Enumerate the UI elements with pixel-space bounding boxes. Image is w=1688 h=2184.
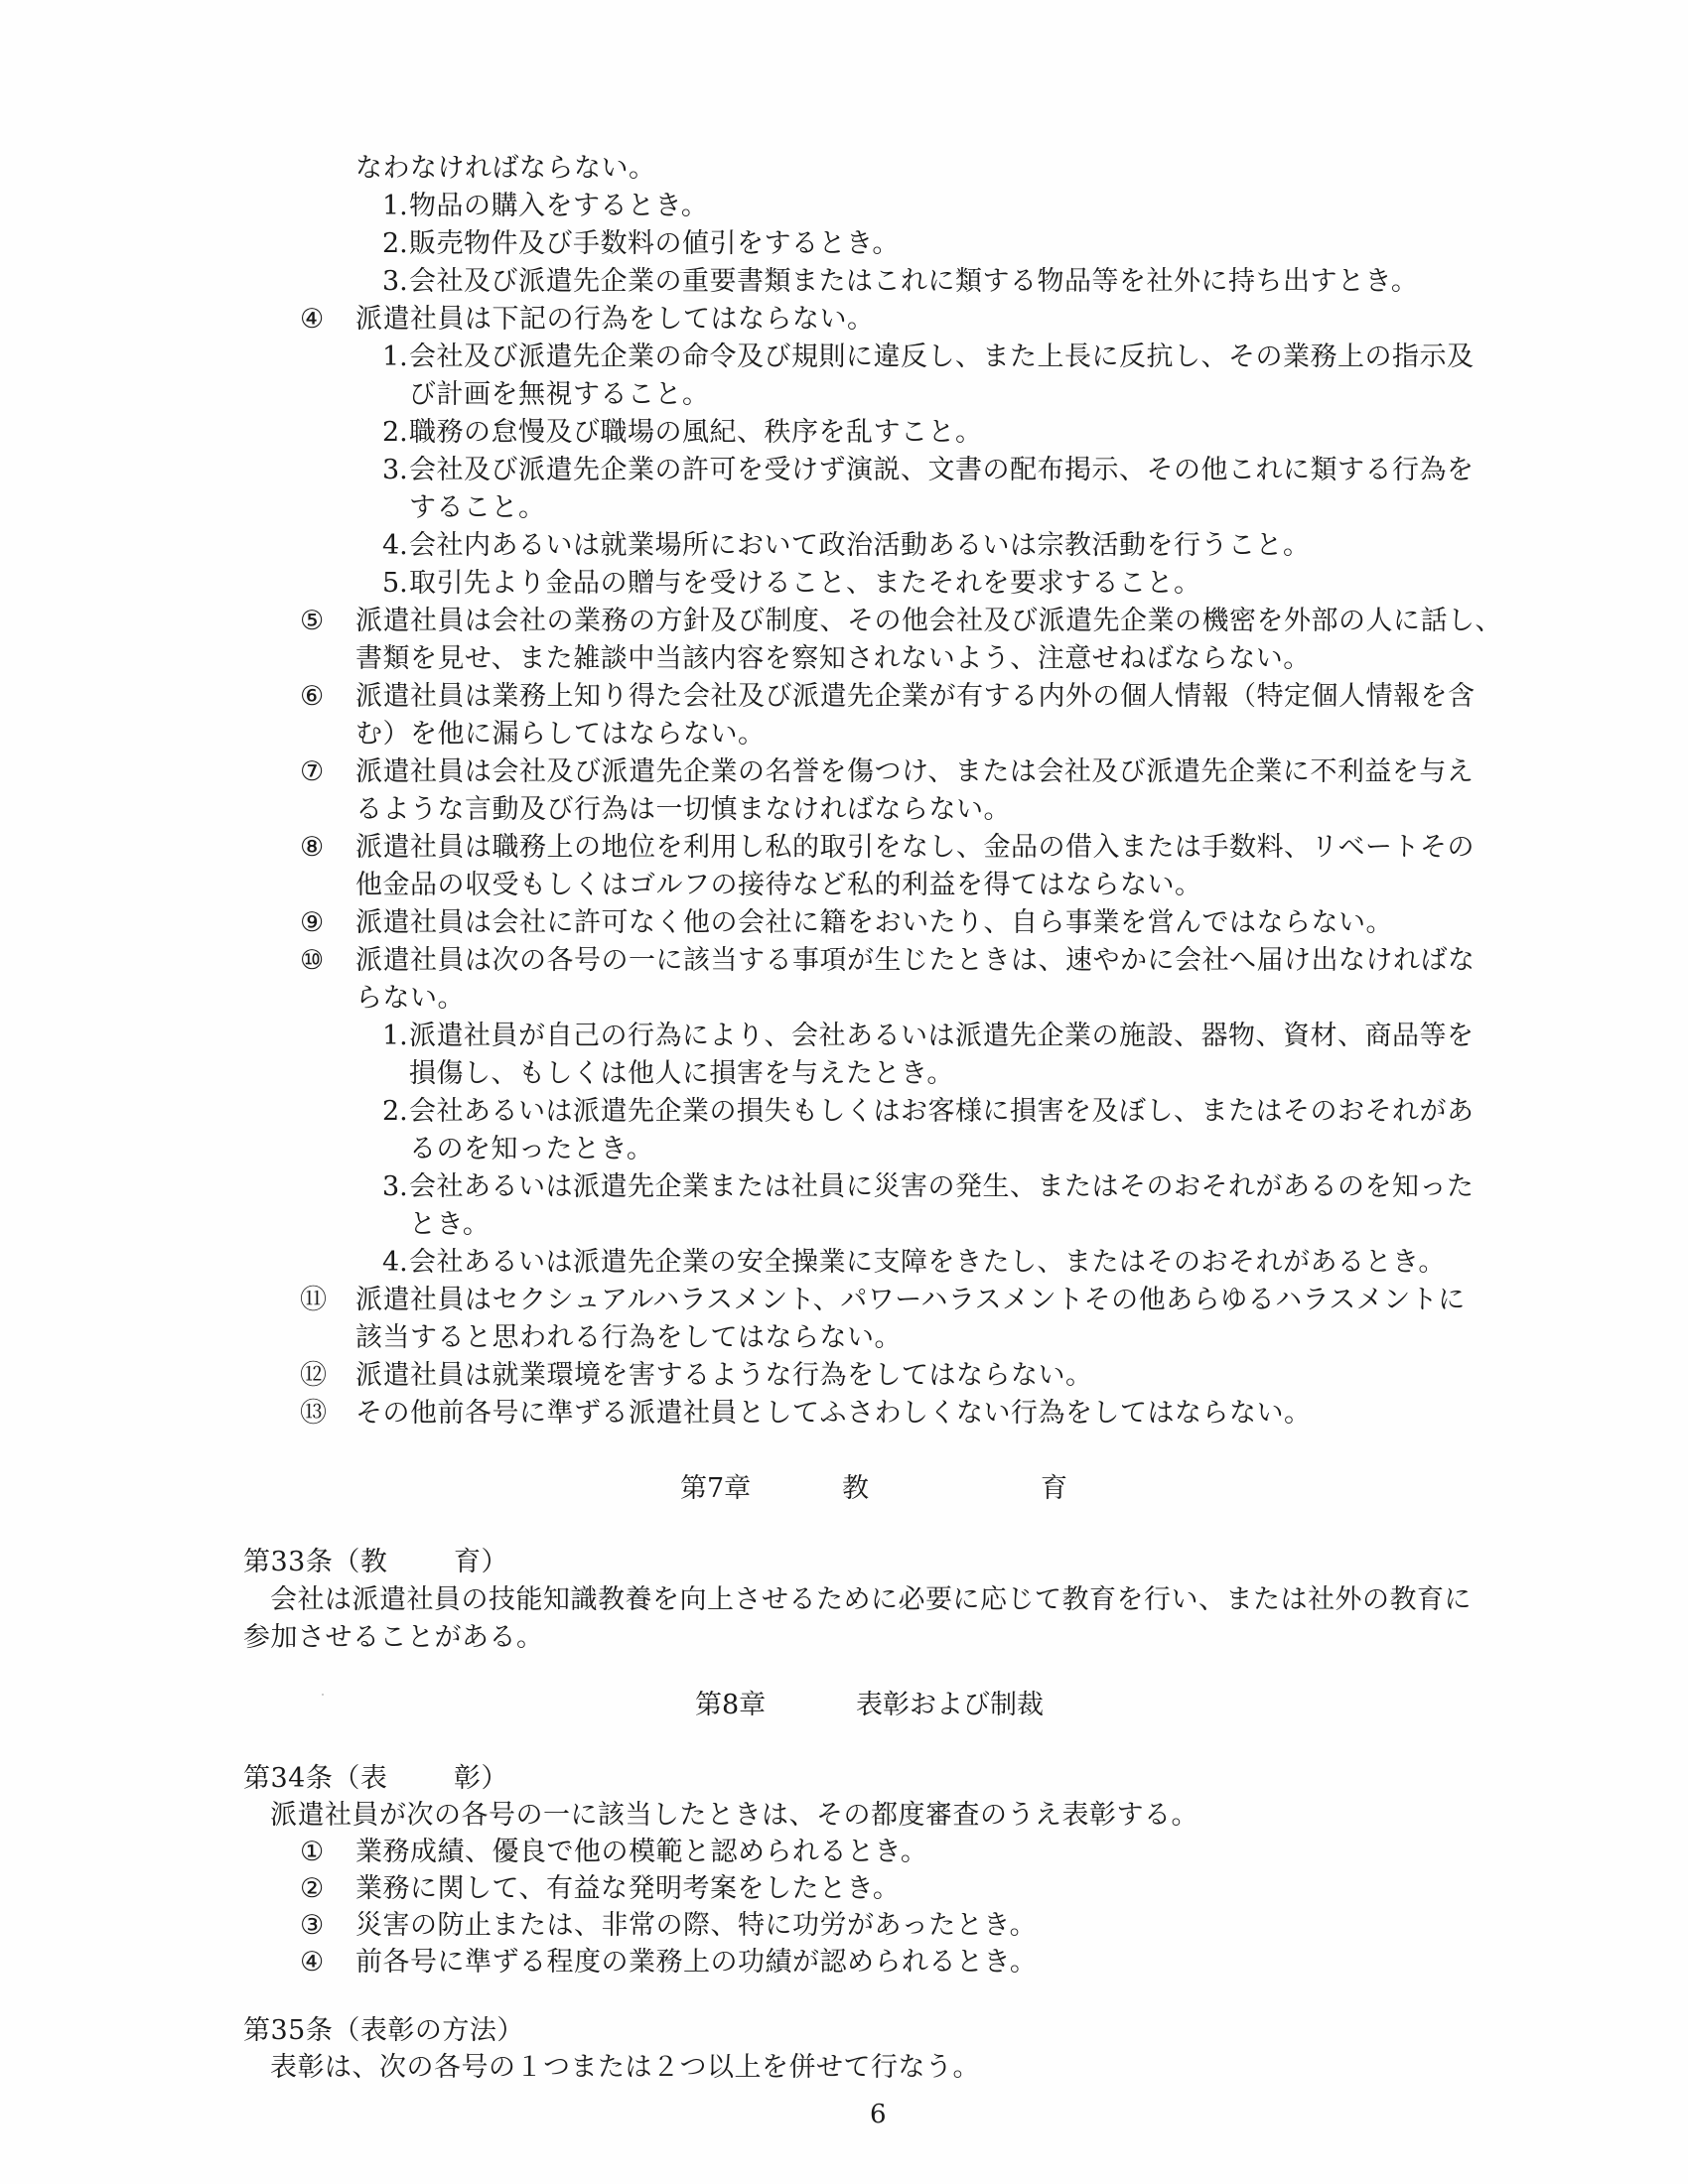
article-34-intro: 派遣社員が次の各号の一に該当したときは、その都度審査のうえ表彰する。 <box>270 1798 1198 1834</box>
item-marker-9: ⑨ <box>300 905 324 941</box>
article-34-heading-suffix: 彰） <box>454 1761 508 1797</box>
item-marker-13: ⑬ <box>300 1396 327 1432</box>
sub-item-number: 3. <box>382 264 408 300</box>
item-text: るような言動及び行為は一切慎まなければならない。 <box>355 792 1011 828</box>
item-marker-4: ④ <box>300 302 324 338</box>
item-marker-5: ⑤ <box>300 604 324 639</box>
sub-item-number: 2. <box>382 1094 408 1130</box>
article-35-intro: 表彰は、次の各号の１つまたは２つ以上を併せて行なう。 <box>270 2050 980 2086</box>
item-marker-12: ⑫ <box>300 1358 327 1394</box>
item-text: む）を他に漏らしてはならない。 <box>355 717 766 752</box>
sub-item-number: 1. <box>382 189 408 224</box>
chapter-8-title: 表彰および制裁 <box>856 1688 1044 1723</box>
sub-item-number: 1. <box>382 340 408 375</box>
item-text: らない。 <box>355 981 465 1017</box>
item-text: 他金品の収受もしくはゴルフの接待など私的利益を得てはならない。 <box>355 868 1202 903</box>
sub-item-text: び計画を無視すること。 <box>409 377 710 413</box>
article-34-item-marker: ③ <box>300 1908 324 1944</box>
document-page: なわなければならない。 1. 物品の購入をするとき。 2. 販売物件及び手数料の… <box>0 0 1688 2184</box>
sub-item-number: 4. <box>382 1245 408 1281</box>
article-34-item-marker: ④ <box>300 1945 324 1980</box>
chapter-8-number: 第8章 <box>695 1688 766 1723</box>
item-text: 派遣社員は会社の業務の方針及び制度、その他会社及び派遣先企業の機密を外部の人に話… <box>355 604 1502 639</box>
item-marker-8: ⑧ <box>300 830 324 866</box>
sub-item-text: 会社及び派遣先企業の命令及び規則に違反し、また上長に反抗し、その業務上の指示及 <box>409 340 1475 375</box>
item-marker-7: ⑦ <box>300 754 324 790</box>
item-text: 派遣社員は職務上の地位を利用し私的取引をなし、金品の借入または手数料、リベートそ… <box>355 830 1475 866</box>
article-34-item-text: 災害の防止または、非常の際、特に功労があったとき。 <box>355 1908 1037 1944</box>
sub-item-text: 会社内あるいは就業場所において政治活動あるいは宗教活動を行うこと。 <box>409 528 1311 564</box>
sub-item-text: 物品の購入をするとき。 <box>409 189 708 224</box>
sub-item-text: 販売物件及び手数料の値引をするとき。 <box>409 226 900 262</box>
sub-item-text: とき。 <box>409 1207 490 1243</box>
sub-item-number: 2. <box>382 226 408 262</box>
sub-item-text: すること。 <box>409 490 546 526</box>
article-34-item-text: 前各号に準ずる程度の業務上の功績が認められるとき。 <box>355 1945 1037 1980</box>
item-text: 派遣社員は下記の行為をしてはならない。 <box>355 302 875 338</box>
continuation-line: なわなければならない。 <box>355 151 656 187</box>
sub-item-text: るのを知ったとき。 <box>409 1132 653 1167</box>
scan-speck <box>322 1694 324 1696</box>
sub-item-number: 5. <box>382 566 408 602</box>
article-34-item-text: 業務成績、優良で他の模範と認められるとき。 <box>355 1835 927 1870</box>
item-text: 派遣社員は会社に許可なく他の会社に籍をおいたり、自ら事業を営んではならない。 <box>355 905 1393 941</box>
item-text: 派遣社員は次の各号の一に該当する事項が生じたときは、速やかに会社へ届け出なければ… <box>355 943 1476 979</box>
item-text: 派遣社員は就業環境を害するような行為をしてはならない。 <box>355 1358 1093 1394</box>
chapter-7-title-char: 教 <box>842 1471 869 1507</box>
sub-item-text: 会社あるいは派遣先企業の損失もしくはお客様に損害を及ぼし、またはそのおそれがあ <box>409 1094 1475 1130</box>
item-text: 書類を見せ、また雑談中当該内容を察知されないよう、注意せねばならない。 <box>355 641 1311 677</box>
article-33-text: 参加させることがある。 <box>243 1620 544 1656</box>
sub-item-text: 会社あるいは派遣先企業の安全操業に支障をきたし、またはそのおそれがあるとき。 <box>409 1245 1446 1281</box>
sub-item-number: 1. <box>382 1019 408 1054</box>
article-35-heading: 第35条（表彰の方法） <box>243 2013 524 2049</box>
sub-item-number: 3. <box>382 1169 408 1205</box>
item-marker-11: ⑪ <box>300 1283 327 1318</box>
sub-item-text: 取引先より金品の贈与を受けること、またそれを要求すること。 <box>409 566 1201 602</box>
sub-item-number: 3. <box>382 453 408 488</box>
page-number: 6 <box>870 2097 887 2132</box>
sub-item-text: 派遣社員が自己の行為により、会社あるいは派遣先企業の施設、器物、資材、商品等を <box>409 1019 1475 1054</box>
item-marker-6: ⑥ <box>300 679 324 715</box>
article-34-item-marker: ① <box>300 1835 324 1870</box>
sub-item-number: 4. <box>382 528 408 564</box>
item-text: 派遣社員は業務上知り得た会社及び派遣先企業が有する内外の個人情報（特定個人情報を… <box>355 679 1476 715</box>
chapter-7-number: 第7章 <box>680 1471 751 1507</box>
article-34-item-marker: ② <box>300 1871 324 1907</box>
sub-item-text: 会社あるいは派遣先企業または社員に災害の発生、またはそのおそれがあるのを知った <box>409 1169 1475 1205</box>
item-text: 派遣社員は会社及び派遣先企業の名誉を傷つけ、または会社及び派遣先企業に不利益を与… <box>355 754 1474 790</box>
sub-item-number: 2. <box>382 415 408 451</box>
article-34-heading-prefix: 第34条（表 <box>243 1761 387 1797</box>
sub-item-text: 職務の怠慢及び職場の風紀、秩序を乱すこと。 <box>409 415 983 451</box>
article-33-text: 会社は派遣社員の技能知識教養を向上させるために必要に応じて教育を行い、または社外… <box>270 1582 1472 1618</box>
chapter-7-title-char: 育 <box>1041 1471 1067 1507</box>
article-34-item-text: 業務に関して、有益な発明考案をしたとき。 <box>355 1871 900 1907</box>
item-marker-10: ⑩ <box>300 943 324 979</box>
article-33-heading-prefix: 第33条（教 <box>243 1545 387 1580</box>
sub-item-text: 会社及び派遣先企業の許可を受けず演説、文書の配布掲示、その他これに類する行為を <box>409 453 1475 488</box>
item-text: 該当すると思われる行為をしてはならない。 <box>355 1320 902 1356</box>
sub-item-text: 会社及び派遣先企業の重要書類またはこれに類する物品等を社外に持ち出すとき。 <box>409 264 1418 300</box>
sub-item-text: 損傷し、もしくは他人に損害を与えたとき。 <box>409 1056 954 1092</box>
item-text: 派遣社員はセクシュアルハラスメント、パワーハラスメントその他あらゆるハラスメント… <box>355 1283 1466 1318</box>
article-33-heading-suffix: 育） <box>454 1545 508 1580</box>
item-text: その他前各号に準ずる派遣社員としてふさわしくない行為をしてはならない。 <box>355 1396 1312 1432</box>
